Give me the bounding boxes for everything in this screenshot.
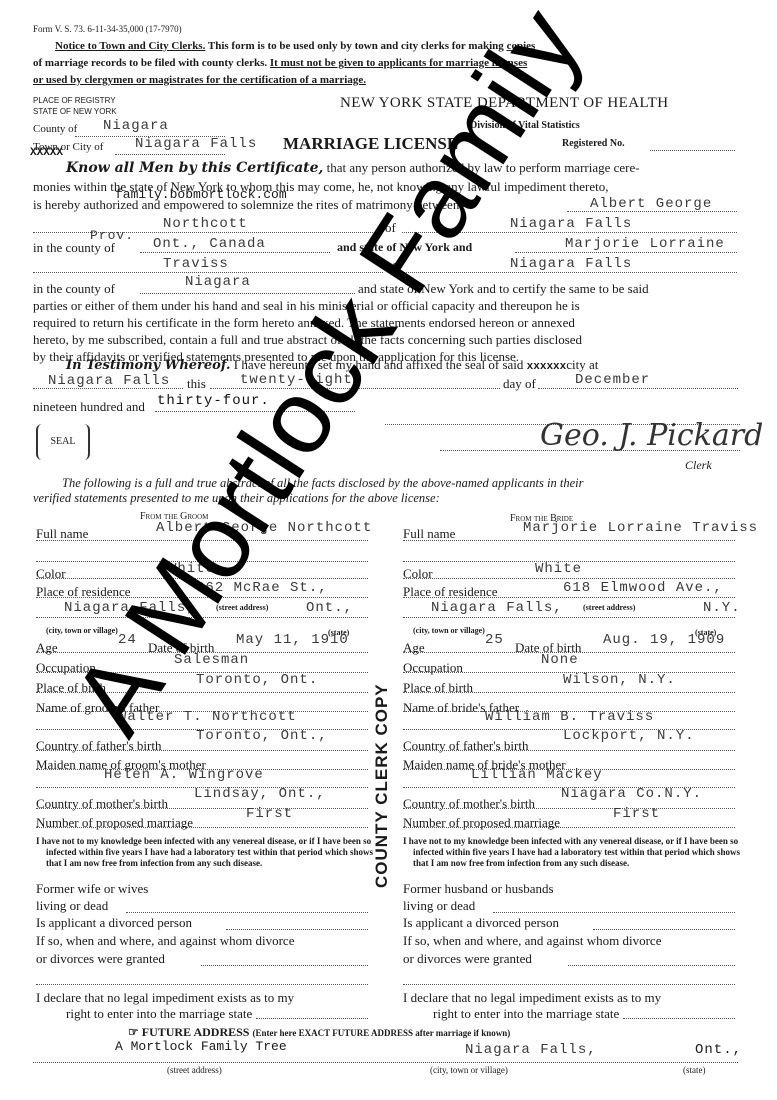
notice-line-1: Notice to Town and City Clerks. This for… <box>55 40 535 52</box>
bride-mother: Lillian Mackey <box>471 767 603 783</box>
groom-color-label: Color <box>36 566 66 582</box>
bride-age: 25 <box>485 632 504 648</box>
cert-para-2: parties or either of them under his hand… <box>33 298 580 314</box>
department-title: NEW YORK STATE DEPARTMENT OF HEALTH <box>340 95 668 112</box>
groom-street-hint: (street address) <box>216 603 268 612</box>
and-state-label: and state of New York and <box>337 240 472 255</box>
dotted-line <box>568 965 735 966</box>
of-label-2: of <box>385 260 396 276</box>
dotted-line <box>36 827 368 828</box>
groom-dob-label: Date of birth <box>148 640 214 656</box>
bride-father-birth: Lockport, N.Y. <box>563 728 695 744</box>
seal-box: SEAL <box>36 424 90 460</box>
groom-father-birth-label: Country of father's birth <box>36 738 161 754</box>
groom-living-label: living or dead <box>36 898 108 914</box>
bride-father-birth-label: Country of father's birth <box>403 738 528 754</box>
cert-line-3: is hereby authorized and empowered to so… <box>33 197 459 213</box>
day-value: twenty-eighth <box>240 372 362 388</box>
clerk-label: Clerk <box>685 458 712 473</box>
cert-para-3: required to return his certificate in th… <box>33 315 575 331</box>
bride-city: Niagara Falls <box>510 256 632 272</box>
future-address-label: FUTURE ADDRESS <box>142 1025 250 1039</box>
groom-father: Walter T. Northcott <box>118 709 297 725</box>
cert-text-1: that any person authorized by law to per… <box>323 160 639 175</box>
marriage-license-title: MARRIAGE LICENSE <box>283 134 458 154</box>
dotted-line <box>403 540 735 541</box>
dotted-line <box>36 808 368 809</box>
notice-text: This form is to be used only by town and… <box>205 40 506 52</box>
dotted-line <box>403 692 735 693</box>
footer-watermark: A Mortlock Family Tree <box>115 1039 287 1054</box>
pointing-hand-icon: ☞ <box>128 1025 142 1039</box>
clerk-signature: Geo. J. Pickard <box>540 418 763 453</box>
groom-venereal-statement: I have not to my knowledge been infected… <box>36 836 378 869</box>
state-of-new-york: STATE OF NEW YORK <box>33 107 117 116</box>
groom-mother-birth-label: Country of mother's birth <box>36 796 168 812</box>
dotted-line <box>493 912 735 913</box>
this-label: this <box>187 376 206 392</box>
bride-divorce-label-1: If so, when and where, and against whom … <box>403 933 661 949</box>
abstract-line-1: The following is a full and true abstrac… <box>62 476 583 491</box>
groom-divorce-label-2: or divorces were granted <box>36 951 165 967</box>
bride-residence-state: N.Y. <box>703 600 741 616</box>
groom-birthplace: Toronto, Ont. <box>196 672 318 688</box>
nineteen-hundred-label: nineteen hundred and <box>33 399 145 415</box>
seal-label: SEAL <box>51 436 76 447</box>
testimony-strike: xxxxxx <box>527 361 567 373</box>
bride-color: White <box>535 561 582 577</box>
groom-father-birth: Toronto, Ont., <box>196 728 328 744</box>
groom-city: Niagara Falls <box>510 216 632 232</box>
bride-first-name: Marjorie Lorraine <box>565 236 725 252</box>
day-of-label: day of <box>503 376 536 392</box>
bride-full-name: Marjorie Lorraine Traviss <box>523 520 758 536</box>
dotted-line <box>36 540 368 541</box>
bride-residence-street: 618 Elmwood Ave., <box>563 580 723 596</box>
groom-mother: Helen A. Wingrove <box>104 767 264 783</box>
city-strike: XXXXX <box>30 147 63 159</box>
bride-birthplace-label: Place of birth <box>403 680 473 696</box>
notice-copies: copies <box>507 40 536 52</box>
groom-color: White <box>168 561 215 577</box>
bride-residence-city: Niagara Falls, <box>431 600 563 616</box>
notice-line-2: of marriage records to be filed with cou… <box>33 57 527 69</box>
groom-declare-2: right to enter into the marriage state <box>66 1006 252 1022</box>
bride-declare-2: right to enter into the marriage state <box>433 1006 619 1022</box>
future-state: Ont., <box>695 1042 742 1058</box>
groom-last-name: Northcott <box>163 216 248 232</box>
groom-mother-birth: Lindsay, Ont., <box>194 786 326 802</box>
notice-title: Notice to Town and City Clerks. <box>55 40 205 52</box>
bride-divorced-label: Is applicant a divorced person <box>403 915 559 931</box>
dotted-line <box>36 617 368 618</box>
cert-line-1: Know all Men by this Certificate, that a… <box>66 160 640 176</box>
prov-label: Prov. <box>90 228 134 243</box>
month-value: December <box>575 372 650 388</box>
future-address-line: ☞ FUTURE ADDRESS (Enter here EXACT FUTUR… <box>128 1025 510 1040</box>
dotted-line <box>126 912 368 913</box>
dotted-line <box>226 929 368 930</box>
notice-text-2: of marriage records to be filed with cou… <box>33 57 270 69</box>
groom-residence-city: Niagara Falls, <box>64 600 196 616</box>
dotted-line <box>403 617 735 618</box>
dotted-line <box>623 1018 735 1019</box>
notice-warning: It must not be given to applicants for m… <box>270 57 527 69</box>
dotted-line <box>36 984 368 985</box>
groom-province: Ont., Canada <box>153 236 266 252</box>
dotted-line <box>36 578 368 579</box>
place-of-registry: PLACE OF REGISTRY <box>33 96 116 105</box>
bride-father: William B. Traviss <box>485 709 654 725</box>
county-label: County of <box>33 123 77 135</box>
dotted-line <box>36 597 368 598</box>
groom-age-label: Age <box>36 640 58 656</box>
form-code: Form V. S. 73. 6-11-34-35,000 (17-7970) <box>33 24 182 34</box>
groom-divorce-label-1: If so, when and where, and against whom … <box>36 933 294 949</box>
testimony-end: city at <box>566 357 598 372</box>
bride-age-label: Age <box>403 640 425 656</box>
dotted-line <box>403 827 735 828</box>
testimony-line: In Testimony Whereof. I have hereunto se… <box>66 357 598 373</box>
groom-former-label: Former wife or wives <box>36 881 148 897</box>
groom-residence-state: Ont., <box>306 600 353 616</box>
testimony-heading: In Testimony Whereof. <box>66 358 231 373</box>
county-value: Niagara <box>103 118 169 134</box>
dotted-line <box>403 578 735 579</box>
notice-line-3: or used by clergymen or magistrates for … <box>33 74 366 86</box>
future-city: Niagara Falls, <box>465 1042 597 1058</box>
of-label: of <box>385 220 396 236</box>
future-address-instructions: (Enter here EXACT FUTURE ADDRESS after m… <box>252 1028 510 1038</box>
groom-age: 24 <box>118 632 137 648</box>
bride-marriage-num-label: Number of proposed marriage <box>403 815 560 831</box>
bride-birthplace: Wilson, N.Y. <box>563 672 676 688</box>
county-label-2: in the county of <box>33 281 115 297</box>
dotted-line <box>256 1018 368 1019</box>
groom-birthplace-label: Place of birth <box>36 680 106 696</box>
groom-full-name: Albert George Northcott <box>156 520 372 536</box>
groom-city-hint: (city, town or village) <box>46 626 118 635</box>
bride-county: Niagara <box>185 274 251 290</box>
bride-living-label: living or dead <box>403 898 475 914</box>
street-hint: (street address) <box>167 1065 222 1075</box>
state-hint: (state) <box>683 1065 706 1075</box>
cert-para-4: hereto, by me subscribed, contain a full… <box>33 332 582 348</box>
bride-last-name: Traviss <box>163 256 229 272</box>
dotted-line <box>593 929 735 930</box>
groom-occupation-label: Occupation <box>36 660 96 676</box>
testimony-place: Niagara Falls <box>48 373 170 389</box>
dotted-line <box>403 808 735 809</box>
abstract-line-2: verified statements presented to me upon… <box>33 491 440 506</box>
city-hint: (city, town or village) <box>430 1065 508 1075</box>
bride-mother-birth: Niagara Co.N.Y. <box>561 786 702 802</box>
bride-dob-label: Date of birth <box>515 640 581 656</box>
bride-dob: Aug. 19, 1909 <box>603 632 725 648</box>
groom-declare-1: I declare that no legal impediment exist… <box>36 990 294 1006</box>
bride-former-label: Former husband or husbands <box>403 881 554 897</box>
bride-declare-1: I declare that no legal impediment exist… <box>403 990 661 1006</box>
bride-mother-birth-label: Country of mother's birth <box>403 796 535 812</box>
bride-venereal-statement: I have not to my knowledge been infected… <box>403 836 745 869</box>
groom-dob: May 11, 1910 <box>236 632 349 648</box>
dotted-line <box>36 750 368 751</box>
dotted-line <box>36 692 368 693</box>
city-value: Niagara Falls <box>135 136 257 152</box>
bride-occupation-label: Occupation <box>403 660 463 676</box>
division-label: Division of Vital Statistics <box>470 120 580 131</box>
groom-marriage-num: First <box>246 806 293 822</box>
groom-first-name: Albert George <box>590 196 712 212</box>
groom-divorced-label: Is applicant a divorced person <box>36 915 192 931</box>
bride-divorce-label-2: or divorces were granted <box>403 951 532 967</box>
know-all-men: Know all Men by this Certificate, <box>66 160 323 176</box>
testimony-text: I have hereunto set my hand and affixed … <box>231 357 527 372</box>
dotted-line <box>201 965 368 966</box>
groom-residence-street: 862 McRae St., <box>196 580 328 596</box>
dotted-line <box>403 750 735 751</box>
bride-street-hint: (street address) <box>583 603 635 612</box>
year-value: thirty-four. <box>157 393 270 409</box>
dotted-line <box>403 984 735 985</box>
registered-no-label: Registered No. <box>562 138 625 149</box>
bride-city-hint: (city, town or village) <box>413 626 485 635</box>
bride-color-label: Color <box>403 566 433 582</box>
bride-marriage-num: First <box>613 806 660 822</box>
groom-marriage-num-label: Number of proposed marriage <box>36 815 193 831</box>
county-clerk-copy-stamp: COUNTY CLERK COPY <box>372 683 392 888</box>
cert-para-1: and state of New York and to certify the… <box>358 281 649 297</box>
dotted-line <box>403 597 735 598</box>
